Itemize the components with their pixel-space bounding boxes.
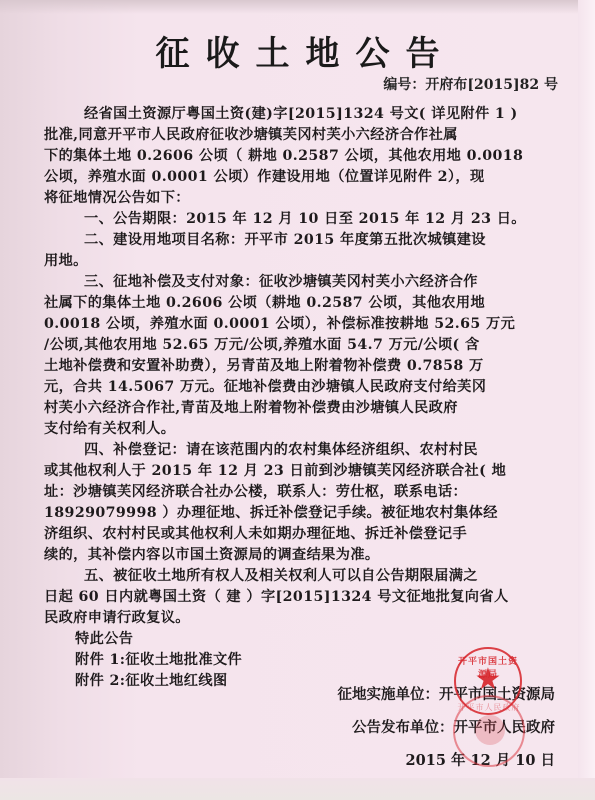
body-line: 批准,同意开平市人民政府征收沙塘镇芙冈村芙小六经济合作社属 (44, 125, 554, 146)
body-line: 公顷，养殖水面 0.0001 公顷）作建设用地（位置详见附件 2），现 (44, 167, 554, 188)
body-line: 下的集体土地 0.2606 公顷（ 耕地 0.2587 公顷，其他农用地 0.0… (44, 146, 554, 167)
implementer-unit: 征地实施单位：开平市国土资源局 (338, 683, 556, 704)
body-line: 续的，其补偿内容以市国土资源局的调查结果为准。 (44, 545, 554, 566)
body-line: 民政府申请行政复议。 (44, 608, 554, 629)
body-line: 用地。 (44, 251, 554, 272)
document-number: 编号：开府布[2015]82 号 (383, 74, 558, 94)
body-line: 土地补偿费和安置补助费），另青苗及地上附着物补偿费 0.7858 万 (44, 356, 554, 377)
body-line: 济组织、农村村民或其他权利人未如期办理征地、拆迁补偿登记手 (44, 524, 554, 545)
body-line: 或其他权利人于 2015 年 12 月 23 日前到沙塘镇芙冈经济联合社( 地 (44, 461, 554, 482)
notice-title: 征收土地公告 (0, 26, 595, 75)
section-3-compensation: 三、征地补偿及支付对象：征收沙塘镇芙冈村芙小六经济合作 (84, 272, 554, 293)
body-line: 18929079998 ）办理征地、拆迁补偿登记手续。被征地农村集体经 (44, 503, 554, 524)
star-icon: ★ (456, 665, 520, 695)
body-line: 支付给有关权利人。 (44, 419, 554, 440)
national-emblem-icon (475, 715, 505, 745)
land-bureau-seal-stamp: 开平市国土资源局 ★ (454, 647, 522, 715)
section-2-project-name: 二、建设用地项目名称：开平市 2015 年度第五批次城镇建设 (84, 230, 554, 251)
scan-shadow-top (0, 0, 595, 14)
body-line: 元，合共 14.5067 万元。征地补偿费由沙塘镇人民政府支付给芙冈 (44, 377, 554, 398)
section-4-registration: 四、补偿登记：请在该范围内的农村集体经济组织、农村村民 (84, 440, 554, 461)
section-1-period: 一、公告期限：2015 年 12 月 10 日至 2015 年 12 月 23 … (84, 209, 554, 230)
body-line: 社属下的集体土地 0.2606 公顷（耕地 0.2587 公顷，其他农用地 (44, 293, 554, 314)
body-line: 0.0018 公顷，养殖水面 0.0001 公顷），补偿标准按耕地 52.65 … (44, 314, 554, 335)
body-line: 址：沙塘镇芙冈经济联合社办公楼，联系人：劳仕枢，联系电话： (44, 482, 554, 503)
body-line: 经省国土资源厅粤国土资(建)字[2015]1324 号文( 详见附件 1 ) (84, 104, 554, 125)
body-line: 日起 60 日内就粤国土资（ 建 ）字[2015]1324 号文征地批复向省人 (44, 587, 554, 608)
section-5-review: 五、被征收土地所有权人及相关权利人可以自公告期限届满之 (84, 566, 554, 587)
body-line: /公顷,其他农用地 52.65 万元/公顷,养殖水面 54.7 万元/公顷( 含 (44, 335, 554, 356)
scan-shadow-bottom (0, 778, 595, 800)
body-line: 将征地情况公告如下： (44, 188, 554, 209)
body-line: 村芙小六经济合作社,青苗及地上附着物补偿费由沙塘镇人民政府 (44, 398, 554, 419)
closing-statement: 特此公告 (75, 629, 585, 650)
